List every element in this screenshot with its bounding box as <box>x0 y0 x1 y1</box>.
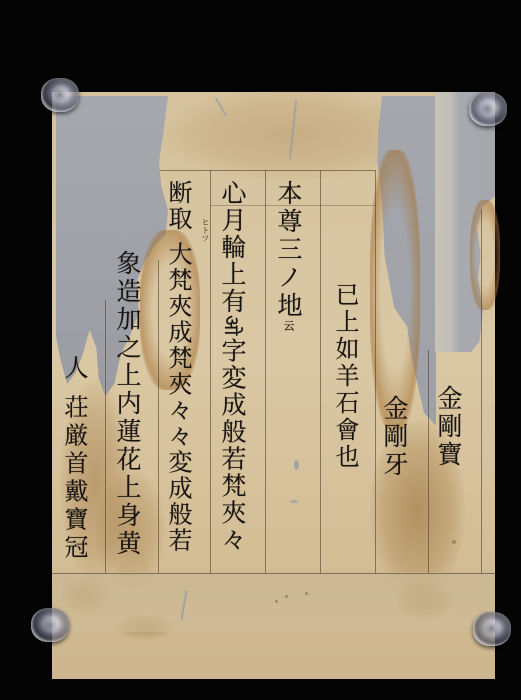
text-column-5-cont: 字変成般若梵夾々 <box>218 337 247 553</box>
text-column-2: 金剛牙 <box>382 395 407 479</box>
acrylic-pin-bottom-left <box>31 608 69 642</box>
column-ruling <box>320 170 321 573</box>
text-column-7: 象造加之上内蓮花上身黄 <box>115 250 140 558</box>
ink-speck <box>285 595 288 598</box>
acrylic-pin-top-right <box>469 92 507 126</box>
text-column-1: 金剛寶 <box>436 385 461 469</box>
text-column-8: 人 荘厳首戴寶冠 <box>62 355 86 563</box>
text-column-4-main: 本尊三ノ地 <box>274 180 303 320</box>
text-column-4-annotation: 云 <box>282 320 295 334</box>
top-ruling <box>160 170 375 171</box>
acrylic-pin-bottom-right <box>473 612 511 646</box>
kana-gloss: ヒトツ <box>200 218 211 242</box>
column-ruling <box>481 210 482 573</box>
ink-speck <box>452 540 456 544</box>
stain-edge <box>370 150 420 430</box>
ink-speck <box>290 500 298 503</box>
column-ruling <box>105 300 106 573</box>
text-column-4: 本尊三ノ地云 <box>276 180 301 334</box>
ink-speck <box>275 600 278 603</box>
text-column-3: 已上如羊石會也 <box>333 282 357 471</box>
photo-scene: 金剛寶 金剛牙 已上如羊石會也 本尊三ノ地云 心月輪上有ओ字変成般若梵夾々 ヒト… <box>0 0 521 700</box>
bottom-margin <box>52 572 495 632</box>
column-ruling <box>428 350 429 573</box>
text-column-5-main: 心月輪上有 <box>218 180 247 315</box>
column-ruling <box>158 260 159 573</box>
column-ruling <box>265 170 266 573</box>
text-column-6: 断取 大梵夾成梵夾々々変成般若 <box>166 180 190 554</box>
ink-speck <box>305 592 308 595</box>
bottom-ruling <box>52 573 495 574</box>
column-ruling <box>375 170 376 573</box>
ink-speck <box>294 460 299 470</box>
text-column-5: 心月輪上有ओ字変成般若梵夾々 <box>220 180 245 553</box>
acrylic-pin-top-left <box>41 78 79 112</box>
stain-edge <box>470 200 500 310</box>
seed-syllable: ओ <box>220 315 244 337</box>
